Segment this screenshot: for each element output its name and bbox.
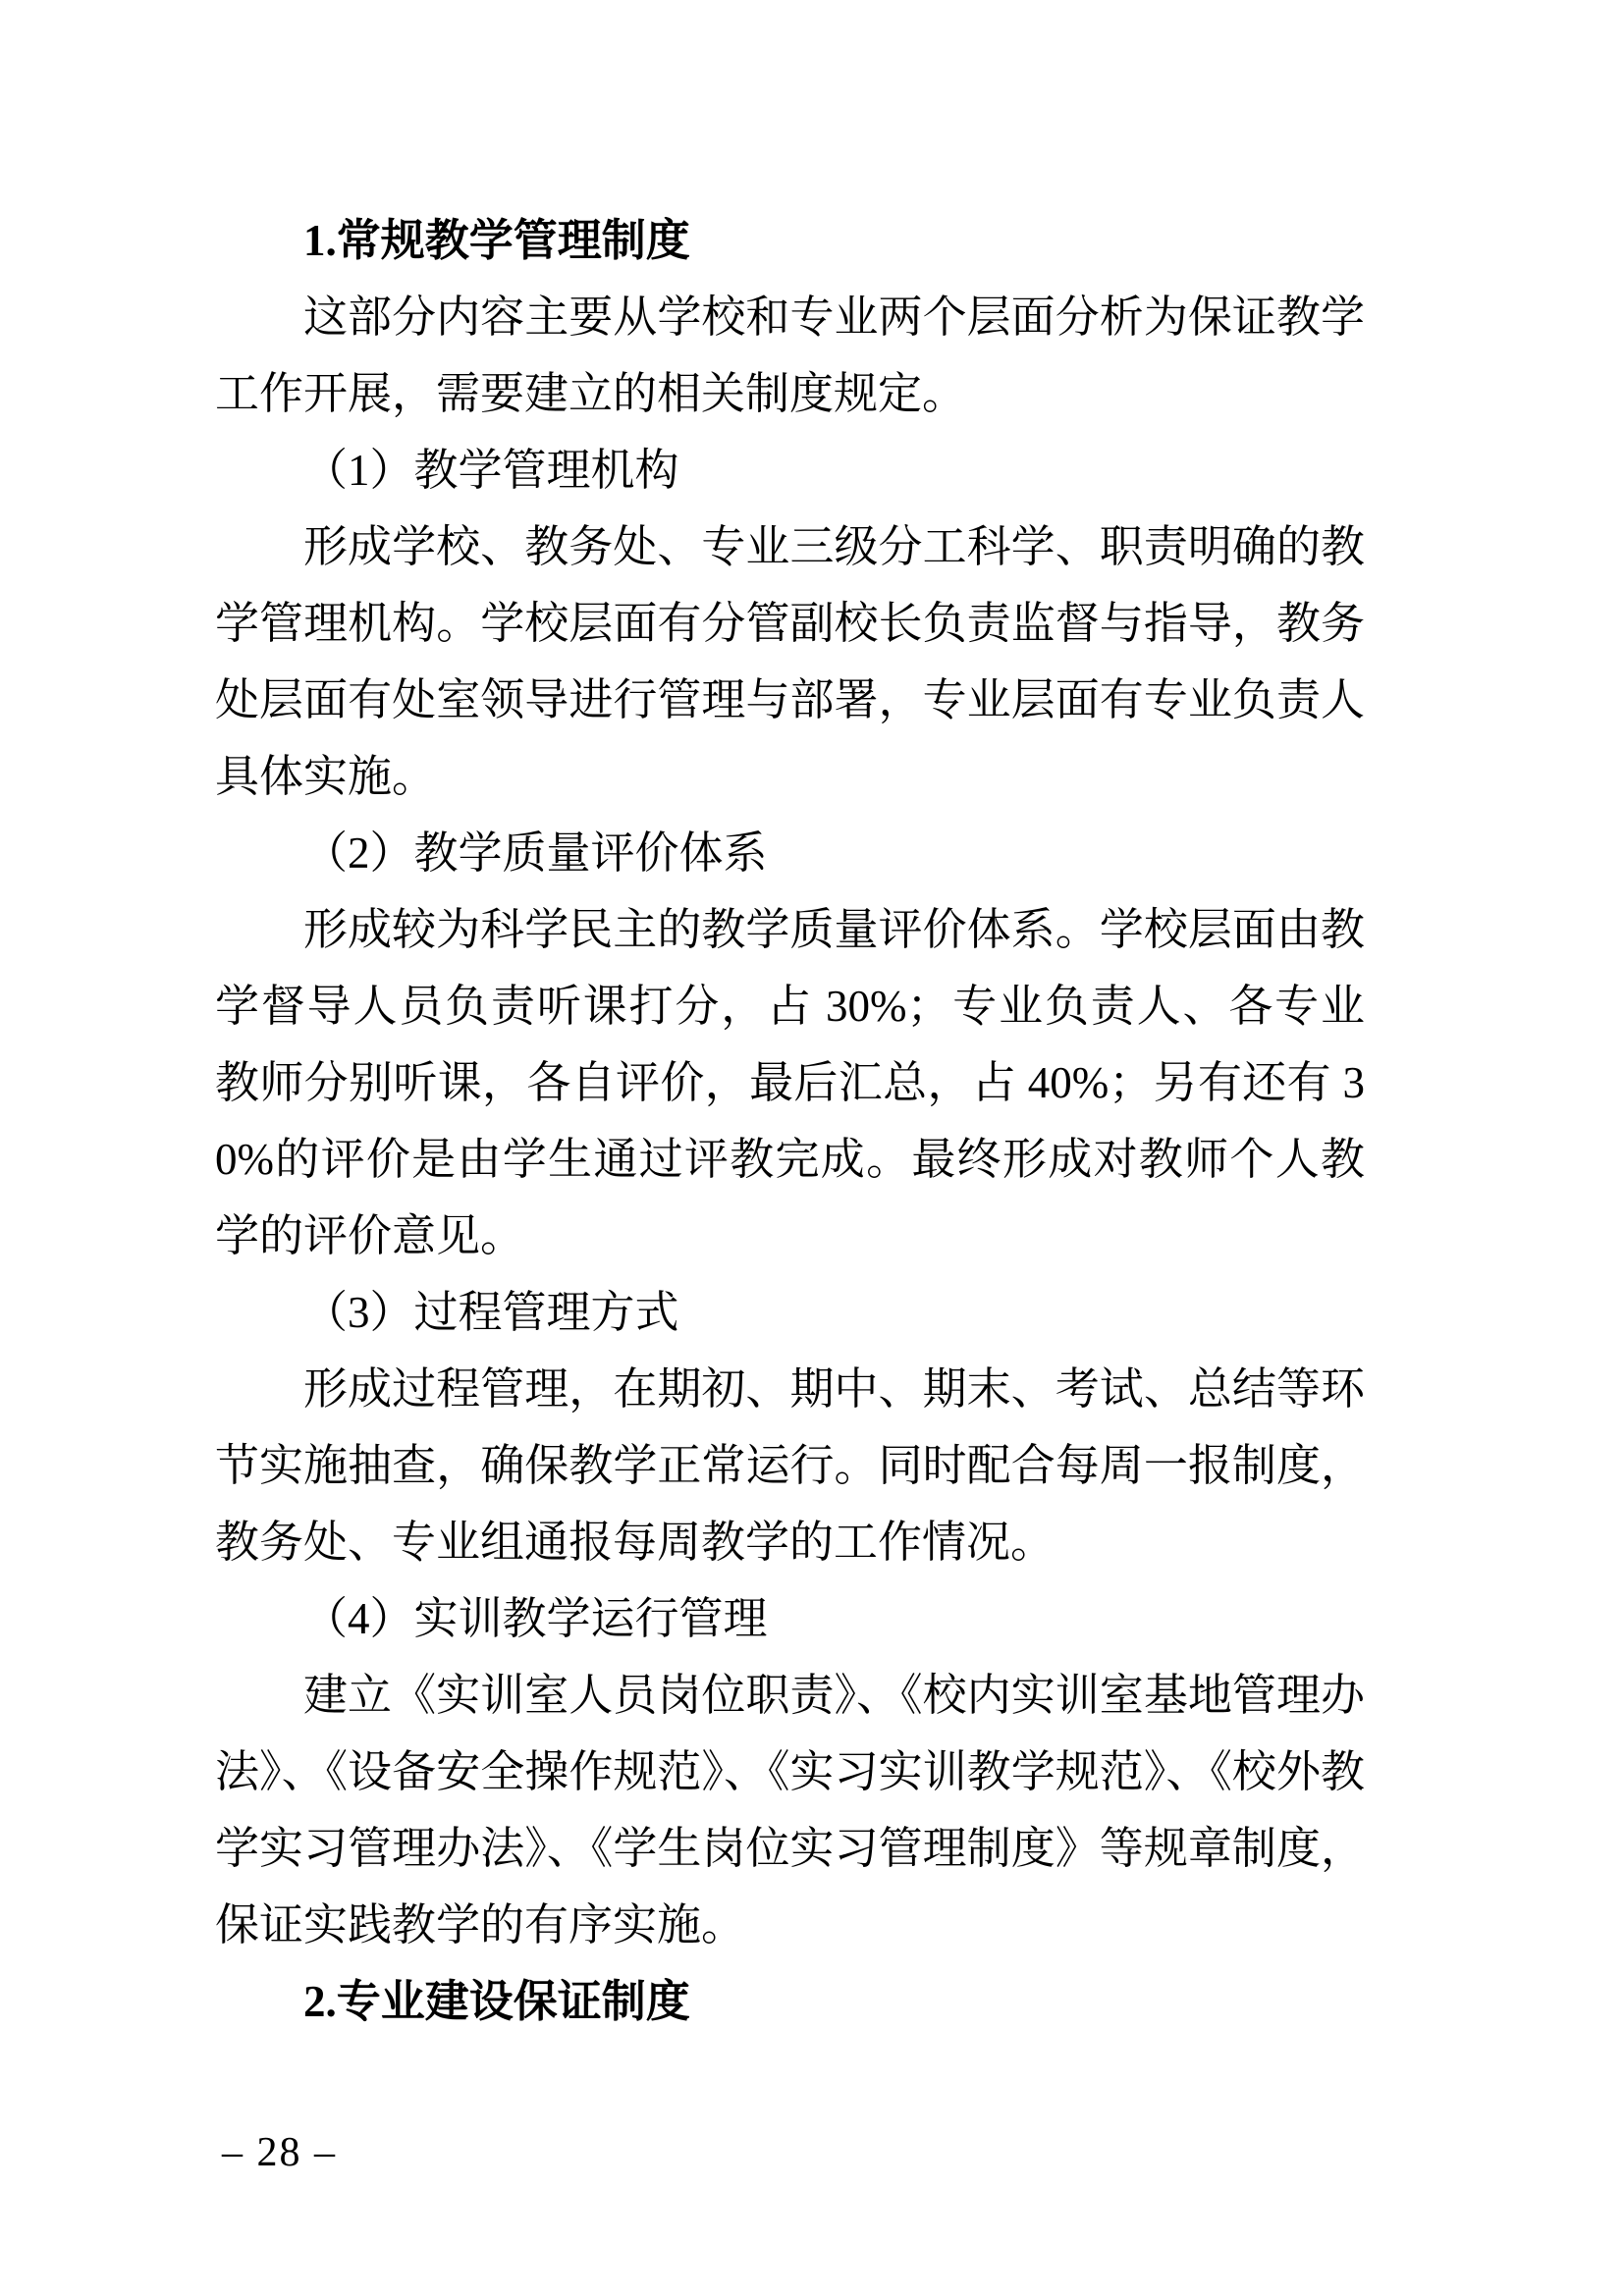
subheading-teaching-management-organization: （1）教学管理机构 xyxy=(215,432,1365,508)
page-number: – 28 – xyxy=(222,2132,337,2173)
subheading-teaching-quality-evaluation: （2）教学质量评价体系 xyxy=(215,815,1365,891)
section-heading-specialty-construction: 2.专业建设保证制度 xyxy=(215,1963,1365,2040)
subheading-process-management: （3）过程管理方式 xyxy=(215,1274,1365,1351)
document-body: 1.常规教学管理制度 这部分内容主要从学校和专业两个层面分析为保证教学工作开展，… xyxy=(215,202,1365,2040)
document-page: 1.常规教学管理制度 这部分内容主要从学校和专业两个层面分析为保证教学工作开展，… xyxy=(0,0,1624,2296)
paragraph-practical-training-operation: 建立《实训室人员岗位职责》、《校内实训室基地管理办法》、《设备安全操作规范》、《… xyxy=(215,1657,1365,1963)
intro-paragraph: 这部分内容主要从学校和专业两个层面分析为保证教学工作开展，需要建立的相关制度规定… xyxy=(215,279,1365,432)
paragraph-teaching-management-organization: 形成学校、教务处、专业三级分工科学、职责明确的教学管理机构。学校层面有分管副校长… xyxy=(215,508,1365,815)
paragraph-process-management: 形成过程管理，在期初、期中、期末、考试、总结等环节实施抽查，确保教学正常运行。同… xyxy=(215,1351,1365,1580)
section-heading-regular-teaching-management: 1.常规教学管理制度 xyxy=(215,202,1365,279)
subheading-practical-training-operation: （4）实训教学运行管理 xyxy=(215,1580,1365,1657)
paragraph-teaching-quality-evaluation: 形成较为科学民主的教学质量评价体系。学校层面由教学督导人员负责听课打分，占 30… xyxy=(215,891,1365,1274)
